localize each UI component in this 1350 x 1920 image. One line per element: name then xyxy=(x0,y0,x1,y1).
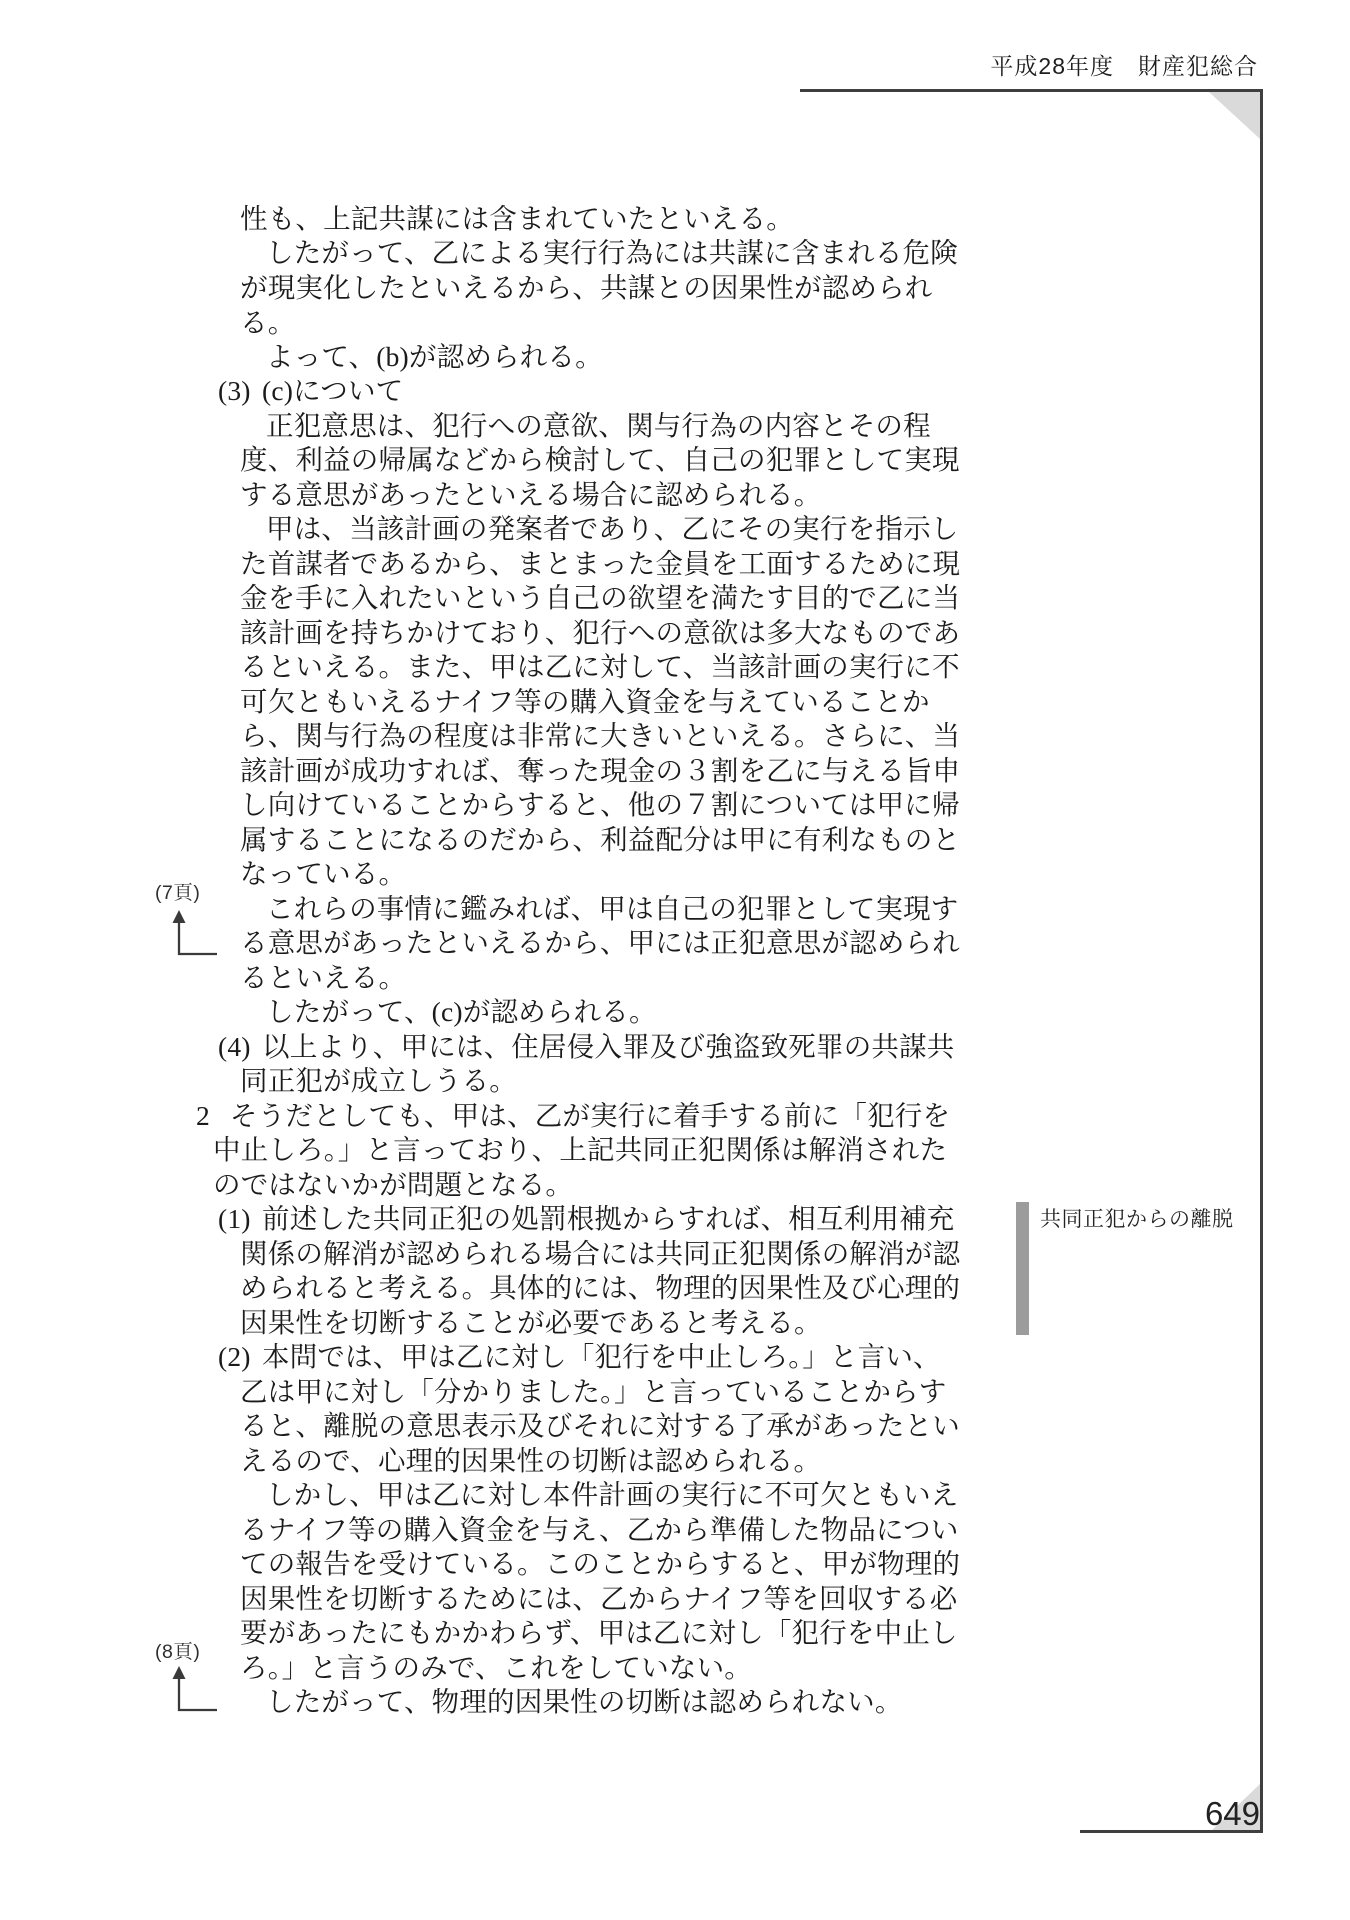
text-line: 該計画が成功すれば、奪った現金の３割を乙に与える旨申 xyxy=(0,756,1350,790)
text-line: 因果性を切断することが必要であると考える。 xyxy=(0,1308,1350,1342)
text-line: なっている。 xyxy=(0,859,1350,893)
text-line-segment: 要があったにもかかわらず、甲は乙に対し「犯行を中止し xyxy=(240,1618,958,1648)
text-line: よって、(b)が認められる。 xyxy=(0,342,1350,376)
text-line: 金を手に入れたいという自己の欲望を満たす目的で乙に当 xyxy=(0,583,1350,617)
text-line-segment: したがって、物理的因果性の切断は認められない。 xyxy=(266,1687,903,1717)
text-line-segment: るといえる。また、甲は乙に対して、当該計画の実行に不 xyxy=(240,652,960,682)
text-line: (3)(c)について xyxy=(0,376,1350,410)
text-line: する意思があったといえる場合に認められる。 xyxy=(0,480,1350,514)
text-line-segment: のではないかが問題となる。 xyxy=(213,1170,573,1200)
text-line: えるので、心理的因果性の切断は認められる。 xyxy=(0,1446,1350,1480)
text-line: 同正犯が成立しうる。 xyxy=(0,1066,1350,1100)
page-number: 649 xyxy=(1195,1797,1260,1830)
list-marker: (2) xyxy=(218,1342,251,1372)
text-line-segment: 以上より、甲には、住居侵入罪及び強盗致死罪の共謀共 xyxy=(262,1032,955,1062)
text-line: ら、関与行為の程度は非常に大きいといえる。さらに、当 xyxy=(0,721,1350,755)
list-marker: 2 xyxy=(196,1101,210,1131)
text-line: 要があったにもかかわらず、甲は乙に対し「犯行を中止し xyxy=(0,1618,1350,1652)
list-marker: (3) xyxy=(218,376,251,406)
page-ref-arrow-icon xyxy=(168,908,220,960)
text-line: るナイフ等の購入資金を与え、乙から準備した物品につい xyxy=(0,1515,1350,1549)
text-line: 甲は、当該計画の発案者であり、乙にその実行を指示し xyxy=(0,514,1350,548)
text-line-segment: する意思があったといえる場合に認められる。 xyxy=(240,480,821,510)
text-line-segment: ての報告を受けている。このことからすると、甲が物理的 xyxy=(240,1549,960,1579)
text-line: 因果性を切断するためには、乙からナイフ等を回収する必 xyxy=(0,1584,1350,1618)
text-line: したがって、(c)が認められる。 xyxy=(0,997,1350,1031)
text-line: ての報告を受けている。このことからすると、甲が物理的 xyxy=(0,1549,1350,1583)
text-line-segment: 該計画が成功すれば、奪った現金の３割を乙に与える旨申 xyxy=(240,756,960,786)
text-line-segment: 前述した共同正犯の処罰根拠からすれば、相互利用補充 xyxy=(262,1204,955,1234)
text-line: 性も、上記共謀には含まれていたといえる。 xyxy=(0,204,1350,238)
text-line-segment: よって、(b)が認められる。 xyxy=(266,342,603,372)
text-line: 該計画を持ちかけており、犯行への意欲は多大なものであ xyxy=(0,618,1350,652)
text-line-segment: 属することになるのだから、利益配分は甲に有利なものと xyxy=(240,825,960,855)
text-line-segment: 甲は、当該計画の発案者であり、乙にその実行を指示し xyxy=(266,514,959,544)
text-line-segment: が現実化したといえるから、共謀との因果性が認められ xyxy=(240,273,933,303)
text-line: 属することになるのだから、利益配分は甲に有利なものと xyxy=(0,825,1350,859)
text-line-segment: 性も、上記共謀には含まれていたといえる。 xyxy=(240,204,794,234)
text-line-segment: 関係の解消が認められる場合には共同正犯関係の解消が認 xyxy=(240,1239,960,1269)
text-line: るといえる。また、甲は乙に対して、当該計画の実行に不 xyxy=(0,652,1350,686)
page-ref-arrow-icon xyxy=(168,1664,220,1716)
text-line-segment: た首謀者であるから、まとまった金員を工面するために現 xyxy=(240,549,960,579)
text-line-segment: 因果性を切断するためには、乙からナイフ等を回収する必 xyxy=(240,1584,957,1614)
list-marker: (4) xyxy=(218,1032,251,1062)
text-line-segment: しかし、甲は乙に対し本件計画の実行に不可欠ともいえ xyxy=(266,1480,959,1510)
text-line-segment: 乙は甲に対し「分かりました。」と言っていることからす xyxy=(240,1377,946,1407)
text-line-segment: 度、利益の帰属などから検討して、自己の犯罪として実現 xyxy=(240,445,960,475)
text-line-segment: したがって、乙による実行行為には共謀に含まれる危険 xyxy=(266,238,958,268)
side-note-bar xyxy=(1016,1202,1029,1335)
text-line: 2そうだとしても、甲は、乙が実行に着手する前に「犯行を xyxy=(0,1101,1350,1135)
text-line: 関係の解消が認められる場合には共同正犯関係の解消が認 xyxy=(0,1239,1350,1273)
text-line: る。 xyxy=(0,308,1350,342)
text-line: しかし、甲は乙に対し本件計画の実行に不可欠ともいえ xyxy=(0,1480,1350,1514)
text-line: ると、離脱の意思表示及びそれに対する了承があったとい xyxy=(0,1411,1350,1445)
text-line-segment: ると、離脱の意思表示及びそれに対する了承があったとい xyxy=(240,1411,960,1441)
text-line-segment: る。 xyxy=(240,308,295,338)
side-note-label: 共同正犯からの離脱 xyxy=(1040,1209,1234,1230)
text-line-segment: 可欠ともいえるナイフ等の購入資金を与えていることか xyxy=(240,687,930,717)
text-line-segment: なっている。 xyxy=(240,859,406,889)
text-line-segment: 同正犯が成立しうる。 xyxy=(240,1066,517,1096)
text-line: るといえる。 xyxy=(0,963,1350,997)
text-line: 可欠ともいえるナイフ等の購入資金を与えていることか xyxy=(0,687,1350,721)
text-line-segment: ら、関与行為の程度は非常に大きいといえる。さらに、当 xyxy=(240,721,960,751)
text-line-segment: 本問では、甲は乙に対し「犯行を中止しろ。」と言い、 xyxy=(262,1342,941,1372)
text-line-segment: るといえる。 xyxy=(240,963,406,993)
text-line-segment: められると考える。具体的には、物理的因果性及び心理的 xyxy=(240,1273,960,1303)
corner-triangle-top xyxy=(1209,92,1260,139)
text-line-segment: したがって、(c)が認められる。 xyxy=(266,997,657,1027)
text-line-segment: 金を手に入れたいという自己の欲望を満たす目的で乙に当 xyxy=(240,583,960,613)
list-marker: (1) xyxy=(218,1204,251,1234)
text-line-segment: そうだとしても、甲は、乙が実行に着手する前に「犯行を xyxy=(230,1101,950,1131)
text-line: し向けていることからすると、他の７割については甲に帰 xyxy=(0,790,1350,824)
text-line: (2)本問では、甲は乙に対し「犯行を中止しろ。」と言い、 xyxy=(0,1342,1350,1376)
text-line-segment: 中止しろ。」と言っており、上記共同正犯関係は解消された xyxy=(213,1135,947,1165)
text-line: 乙は甲に対し「分かりました。」と言っていることからす xyxy=(0,1377,1350,1411)
page-ref-label: (8頁) xyxy=(155,1643,200,1663)
header-edition-label: 平成28年度 財産犯総合 xyxy=(990,55,1258,78)
text-line-segment: (c)について xyxy=(262,376,403,406)
text-line: (4)以上より、甲には、住居侵入罪及び強盗致死罪の共謀共 xyxy=(0,1032,1350,1066)
text-line: のではないかが問題となる。 xyxy=(0,1170,1350,1204)
text-line: 度、利益の帰属などから検討して、自己の犯罪として実現 xyxy=(0,445,1350,479)
text-line-segment: えるので、心理的因果性の切断は認められる。 xyxy=(240,1446,821,1476)
text-line-segment: これらの事情に鑑みれば、甲は自己の犯罪として実現す xyxy=(266,894,959,924)
text-line-segment: し向けていることからすると、他の７割については甲に帰 xyxy=(240,790,960,820)
text-line-segment: ろ。」と言うのみで、これをしていない。 xyxy=(240,1653,752,1683)
scanned-document-page: { "page": { "header_label": "平成28年度 財産犯総… xyxy=(0,0,1350,1920)
text-line-segment: 正犯意思は、犯行への意欲、関与行為の内容とその程 xyxy=(266,411,931,441)
text-line-segment: 因果性を切断することが必要であると考える。 xyxy=(240,1308,822,1338)
text-line: 正犯意思は、犯行への意欲、関与行為の内容とその程 xyxy=(0,411,1350,445)
text-line: た首謀者であるから、まとまった金員を工面するために現 xyxy=(0,549,1350,583)
text-line: が現実化したといえるから、共謀との因果性が認められ xyxy=(0,273,1350,307)
page-ref-label: (7頁) xyxy=(155,884,200,904)
text-line-segment: るナイフ等の購入資金を与え、乙から準備した物品につい xyxy=(240,1515,959,1545)
text-line: められると考える。具体的には、物理的因果性及び心理的 xyxy=(0,1273,1350,1307)
text-line: したがって、乙による実行行為には共謀に含まれる危険 xyxy=(0,238,1350,272)
text-line-segment: る意思があったといえるから、甲には正犯意思が認められ xyxy=(240,928,960,958)
text-line: 中止しろ。」と言っており、上記共同正犯関係は解消された xyxy=(0,1135,1350,1169)
text-line-segment: 該計画を持ちかけており、犯行への意欲は多大なものであ xyxy=(240,618,960,648)
header-rule xyxy=(800,89,1263,92)
